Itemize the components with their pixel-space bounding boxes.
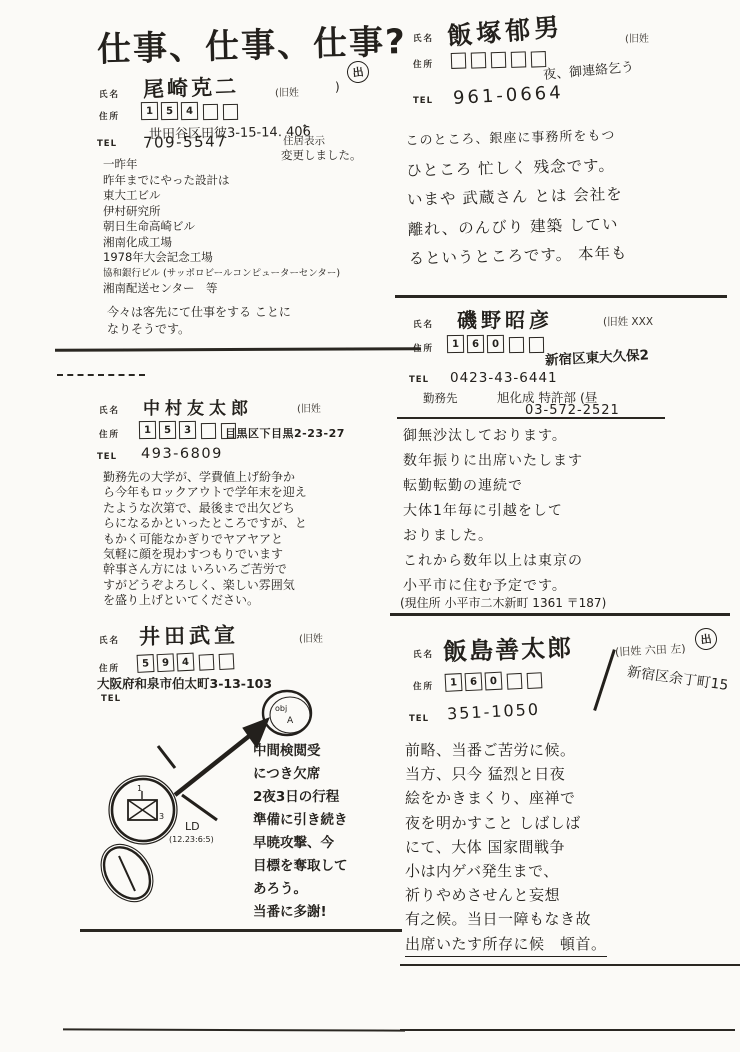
envelope-circle-icon (109, 776, 177, 844)
tel-value: 0423-43-6441 (450, 370, 558, 386)
body-line: 有之候。当日一障もなき故 (405, 907, 607, 931)
maiden-close-paren: ) (335, 80, 340, 94)
entry-body: 御無沙汰しております。 数年振りに出席いたします 転勤転勤の連続で 大体1年毎に… (403, 424, 583, 599)
name-value: 飯島善太郎 (442, 628, 573, 668)
entry-body: このところ、銀座に事務所をもつ ひところ 忙しく 残念です。 いまや 武蔵さん … (405, 121, 628, 274)
tel-label: TEL (97, 139, 117, 149)
body-line: すがどうぞよろしく、楽しい雰囲気 (103, 578, 307, 593)
postal-digit: 0 (485, 672, 503, 691)
postal-digit: 1 (139, 421, 156, 439)
postal-digit: 5 (137, 654, 155, 673)
postal-code-boxes: 1 6 0 (447, 335, 547, 353)
envelope-number-3: 3 (159, 812, 164, 821)
address-note: 夜、御連絡乞う (542, 56, 634, 83)
body-line: 転勤転勤の連続で (403, 474, 583, 499)
target-blob-icon (263, 691, 311, 735)
postal-empty-box (529, 337, 544, 353)
note-line: 早暁攻撃、今 (253, 832, 348, 855)
tel-label: TEL (413, 96, 433, 106)
body-line: 湘南配送センター 等 (103, 281, 340, 297)
body-line: 1978年大会記念工場 (103, 250, 340, 266)
right-column: 氏名 飯塚郁男 (旧姓 住所 夜、御連絡乞う TEL 961-0664 このとこ… (395, 0, 740, 1052)
tel-label: TEL (97, 452, 117, 462)
note-line: あろう。 (253, 878, 348, 901)
body-line: おりました。 (403, 524, 583, 549)
tel-value: 961-0664 (453, 82, 565, 109)
body-line: を盛り上げといてください。 (103, 593, 307, 608)
body-line: 夜を明かすこと しばしば (405, 811, 607, 835)
address-value: 目黒区下目黒2-23-27 (225, 425, 345, 441)
entry-body: 前略、当番ご苦労に候。 当方、只今 猛烈と日夜 絵をかきまくり、座禅で 夜を明か… (405, 738, 607, 957)
name-value: 井田武宣 (139, 619, 240, 651)
page-bottom-rule (400, 1029, 735, 1031)
body-line: るというところです。 本年も (408, 239, 628, 274)
address-label: 住所 (99, 428, 120, 440)
short-rule (397, 417, 665, 419)
body-line: 出席いたす所存に候 頓首。 (405, 932, 607, 957)
postal-digit: 5 (161, 102, 178, 120)
postal-code-boxes (449, 51, 549, 69)
maiden-note: (旧姓 (299, 630, 323, 645)
body-line: 湘南化成工場 (103, 235, 340, 251)
postal-empty-box (507, 673, 523, 690)
divider (80, 929, 402, 932)
pen-slash-mark (593, 649, 615, 711)
postal-digit: 1 (141, 102, 158, 120)
postal-empty-box (471, 52, 487, 69)
divider (400, 964, 740, 966)
body-line: 勤務先の大学が、学費値上げ紛争か (103, 470, 307, 485)
name-label: 氏名 (413, 318, 434, 330)
body-line: 小は内ゲバ発生まで、 (405, 859, 607, 883)
postal-empty-box (203, 104, 218, 120)
body-line: 大体1年毎に引越をして (403, 499, 583, 524)
postal-empty-box (201, 423, 216, 439)
name-value: 飯塚郁男 (446, 7, 565, 53)
postal-empty-box (491, 52, 507, 69)
name-value: 磯野昭彦 (457, 304, 553, 333)
tel-label: TEL (409, 375, 429, 385)
address-label: 住所 (413, 58, 434, 70)
body-line: 絵をかきまくり、座禅で (405, 786, 607, 810)
postal-empty-box (511, 51, 527, 68)
dashed-mark (57, 374, 145, 376)
body-line: これから数年以上は東京の (403, 549, 583, 574)
page-bottom-rule (63, 1028, 405, 1031)
postal-code-boxes: 1 6 0 (445, 670, 546, 691)
postal-digit: 6 (465, 672, 483, 691)
address-label: 住所 (99, 110, 120, 122)
postal-empty-box (219, 653, 235, 670)
body-line: らになるかといったところですが、と (103, 516, 307, 531)
body-line: 数年振りに出席いたします (403, 449, 583, 474)
envelope-number-1: 1 (137, 784, 142, 793)
name-label: 氏名 (413, 648, 434, 660)
postal-digit: 3 (179, 421, 196, 439)
postal-empty-box (451, 52, 467, 69)
body-line: 幹事さん方には いろいろご苦労で (103, 562, 307, 577)
body-line: 気軽に顔を現わすつもりでいます (103, 547, 307, 562)
note-line: 準備に引き続き (253, 809, 348, 832)
postal-code-boxes: 1 5 4 (141, 102, 241, 120)
ld-label: LD (185, 820, 200, 833)
note-line: 当番に多謝! (253, 901, 348, 924)
maiden-note: (旧姓 六田 左) (615, 640, 686, 660)
postal-empty-box (527, 672, 543, 689)
body-line: なりそうです。 (107, 321, 291, 338)
entry-body: 一昨年 昨年までにやった設計は 東大工ビル 伊村研究所 朝日生命高崎ビル 湘南化… (103, 157, 340, 297)
obj-label-a: A (287, 716, 294, 726)
body-line: 昨年までにやった設計は (103, 173, 340, 189)
ld-sublabel: (12.23:6:5) (169, 835, 214, 844)
postal-digit: 9 (157, 653, 175, 672)
body-line: 当方、只今 猛烈と日夜 (405, 762, 607, 786)
maiden-note: (旧姓 (625, 30, 649, 45)
note-line: 中間検閲受 (253, 740, 348, 763)
tel-value: 709-5547 (143, 132, 228, 151)
name-label: 氏名 (413, 32, 434, 44)
note-line: 目標を奪取して (253, 855, 348, 878)
body-line: 今々は客先にて仕事をする ことに (107, 304, 291, 321)
address-value: 新宿区余丁町15 (626, 661, 730, 695)
divider (55, 347, 421, 351)
work-tel-value: 03-572-2521 (525, 403, 620, 418)
postal-empty-box (199, 654, 215, 671)
tel-label: TEL (409, 714, 429, 724)
postal-empty-box (509, 337, 524, 353)
body-line: 東大工ビル (103, 188, 340, 204)
name-value: 中村友太郎 (143, 394, 253, 419)
scanned-page: { "colors": {"ink": "#23201c", "paper": … (0, 0, 740, 1052)
entry-closing: 今々は客先にて仕事をする ことに なりそうです。 (107, 304, 291, 338)
name-label: 氏名 (99, 88, 120, 100)
postal-digit: 0 (487, 335, 504, 353)
body-line: にて、大体 国家間戦争 (405, 835, 607, 859)
body-line: 一昨年 (103, 157, 340, 173)
tel-value: 493-6809 (141, 446, 223, 462)
postal-digit: 5 (159, 421, 176, 439)
body-line: 祈りやめさせんと妄想 (405, 883, 607, 907)
postal-digit: 1 (447, 335, 464, 353)
body-line: ら今年もロックアウトで学年末を迎え (103, 485, 307, 500)
postal-code-boxes: 1 5 3 (139, 421, 239, 439)
bone-oval-icon (90, 834, 163, 911)
maiden-note: (旧姓 (297, 400, 321, 415)
note-line: につき欠席 (253, 763, 348, 786)
note-line: 2夜3日の行程 (253, 786, 348, 809)
attendance-stamp: 出 (694, 627, 719, 652)
postal-digit: 1 (445, 673, 463, 692)
address-label: 住所 (99, 662, 120, 674)
body-line: たような次第で、最後まで出欠どち (103, 501, 307, 516)
body-line: 御無沙汰しております。 (403, 424, 583, 449)
address-label: 住所 (413, 342, 434, 354)
obj-label: obj (275, 704, 287, 713)
body-line: 前略、当番ご苦労に候。 (405, 738, 607, 762)
postal-empty-box (223, 104, 238, 120)
left-column: 仕事、仕事、仕事? 氏名 尾崎克二 (旧姓 ) 出 住所 1 5 4 世田谷区田… (85, 0, 403, 1052)
divider (395, 295, 727, 298)
postal-digit: 4 (181, 102, 198, 120)
maiden-note: (旧姓 XXX (603, 314, 653, 329)
name-label: 氏名 (99, 404, 120, 416)
body-line: 朝日生命高崎ビル (103, 219, 340, 235)
postal-digit: 4 (177, 653, 195, 672)
address-label: 住所 (413, 680, 434, 692)
address-value: 新宿区東大久保2 (545, 343, 650, 368)
maiden-note: (旧姓 (275, 84, 299, 99)
name-label: 氏名 (99, 634, 120, 646)
tel-note-line1: 住居表示 (283, 133, 325, 148)
tel-value: 351-1050 (447, 700, 541, 724)
body-line: 協和銀行ビル (サッポロビールコンピューターセンター) (103, 266, 340, 282)
divider (390, 613, 730, 616)
postal-code-boxes: 5 9 4 (137, 651, 238, 672)
diagram-notes: 中間検閲受 につき欠席 2夜3日の行程 準備に引き続き 早暁攻撃、今 目標を奪取… (253, 740, 348, 924)
body-line: もかく可能なかぎりでヤアヤアと (103, 532, 307, 547)
body-line: 伊村研究所 (103, 204, 340, 220)
entry-body: 勤務先の大学が、学費値上げ紛争か ら今年もロックアウトで学年末を迎え たような次… (103, 470, 307, 609)
postal-digit: 6 (467, 335, 484, 353)
name-value: 尾崎克二 (143, 70, 240, 103)
work-label: 勤務先 (423, 390, 458, 406)
current-address-note: (現住所 小平市二木新町 1361 〒187) (400, 594, 606, 611)
